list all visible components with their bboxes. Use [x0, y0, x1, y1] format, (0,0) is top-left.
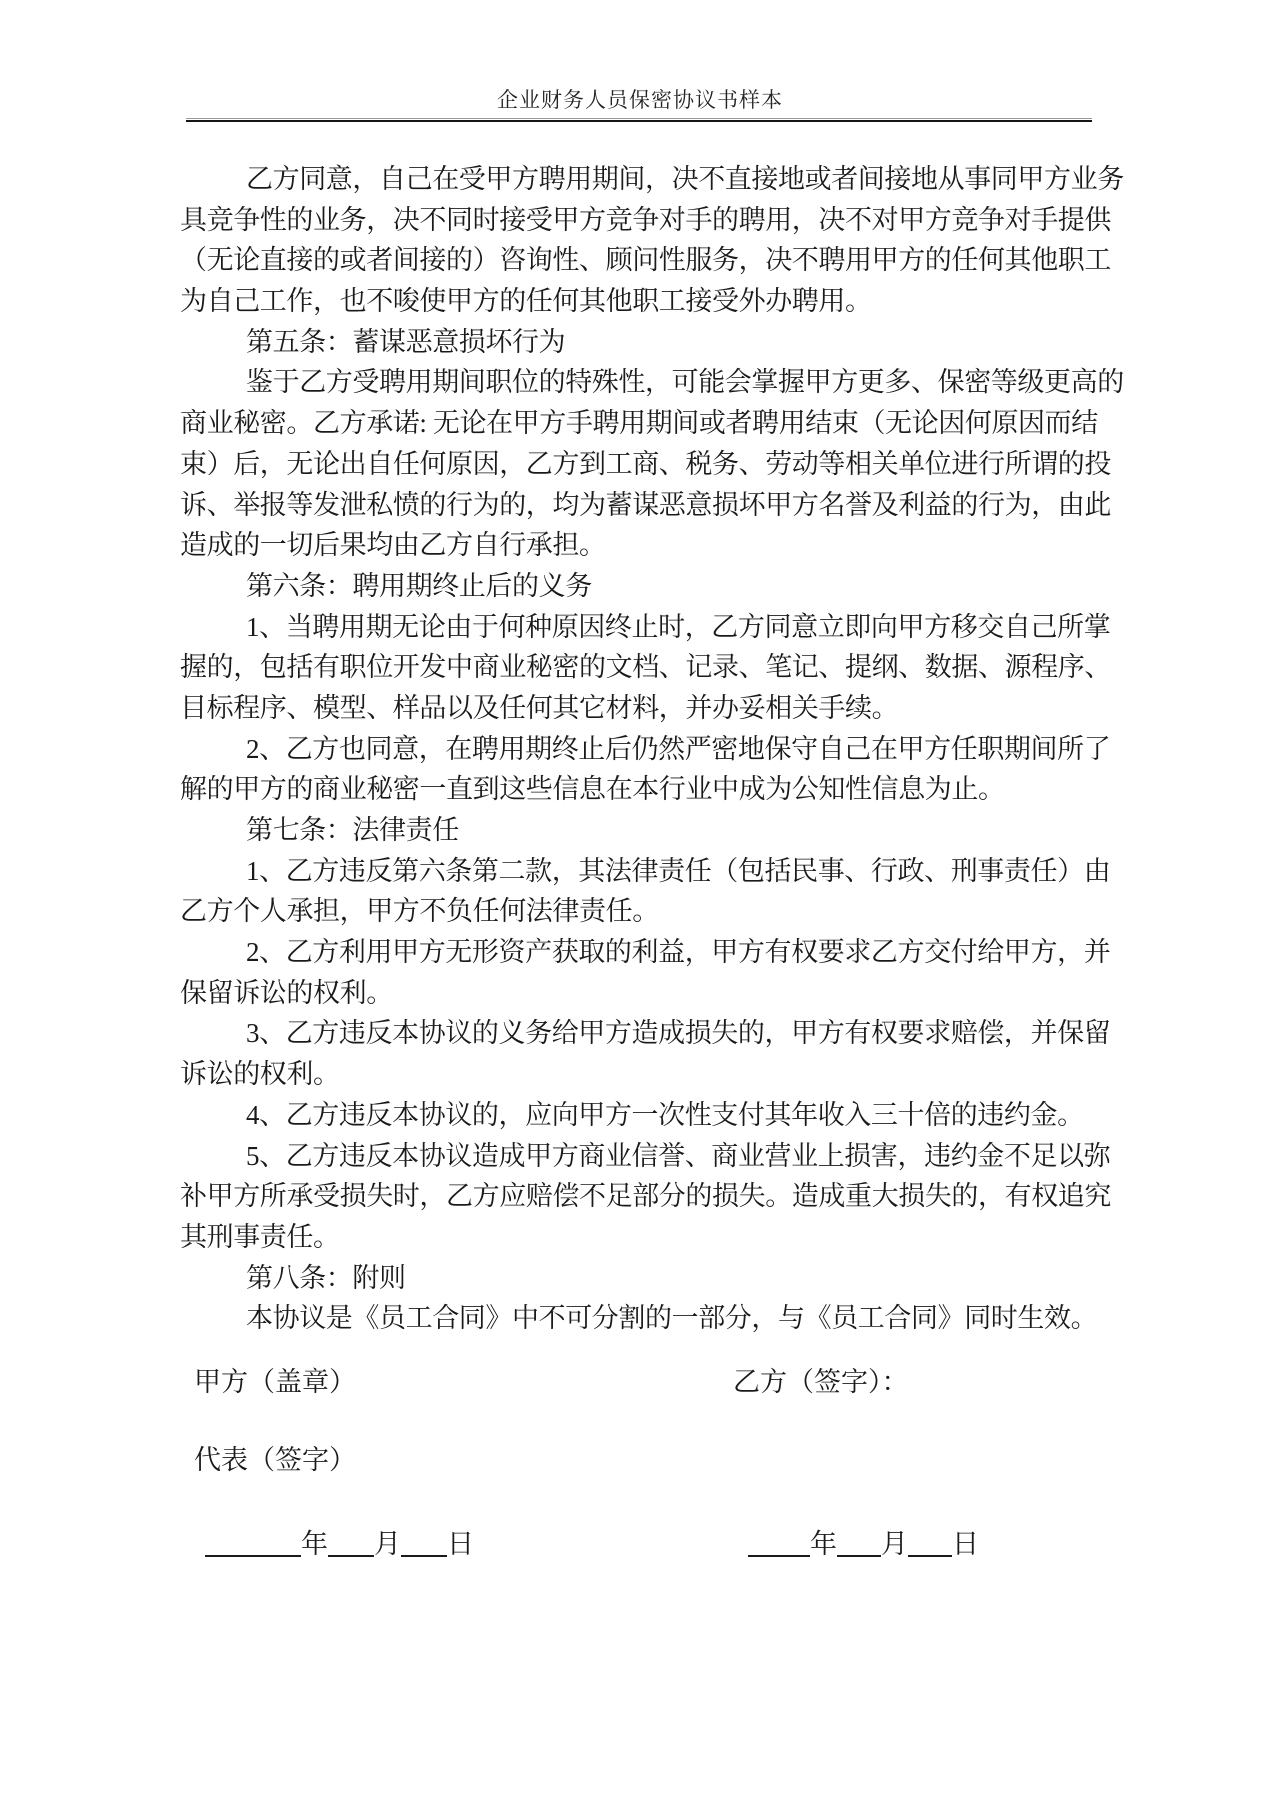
document-line: 1、当聘用期无论由于何种原因终止时，乙方同意立即向甲方移交自己所掌 — [180, 607, 1100, 648]
date-blank-line — [205, 1531, 301, 1557]
date-blank-line — [837, 1531, 881, 1557]
document-line: 2、乙方利用甲方无形资产获取的利益，甲方有权要求乙方交付给甲方，并 — [180, 932, 1100, 973]
document-line: 乙方个人承担，甲方不负任何法律责任。 — [180, 891, 1100, 932]
date-unit-month: 月 — [374, 1529, 401, 1559]
document-line: 1、乙方违反第六条第二款，其法律责任（包括民事、行政、刑事责任）由 — [180, 851, 1100, 892]
document-line: 3、乙方违反本协议的义务给甲方造成损失的，甲方有权要求赔偿，并保留 — [180, 1013, 1100, 1054]
date-blank-line — [748, 1531, 810, 1557]
document-line: 鉴于乙方受聘用期间职位的特殊性，可能会掌握甲方更多、保密等级更高的 — [180, 362, 1100, 403]
document-line: 商业秘密。乙方承诺: 无论在甲方手聘用期间或者聘用结束（无论因何原因而结 — [180, 403, 1100, 444]
document-line: 束）后，无论出自任何原因，乙方到工商、税务、劳动等相关单位进行所谓的投 — [180, 444, 1100, 485]
document-body: 乙方同意，自己在受甲方聘用期间，决不直接地或者间接地从事同甲方业务 具竞争性的业… — [180, 159, 1100, 1339]
date-blank-line — [328, 1531, 374, 1557]
document-line: 为自己工作，也不唆使甲方的任何其他职工接受外办聘用。 — [180, 281, 1100, 322]
party-a-seal-label: 甲方（盖章） — [194, 1365, 356, 1399]
document-line: 5、乙方违反本协议造成甲方商业信誉、商业营业上损害，违约金不足以弥 — [180, 1136, 1100, 1177]
header-divider-rule — [186, 118, 1092, 122]
party-b-sign-label: 乙方（签字）： — [733, 1365, 909, 1399]
date-unit-day: 日 — [952, 1529, 979, 1559]
date-unit-year: 年 — [810, 1529, 837, 1559]
document-line: 4、乙方违反本协议的，应向甲方一次性支付其年收入三十倍的违约金。 — [180, 1095, 1100, 1136]
document-line: 本协议是《员工合同》中不可分割的一部分，与《员工合同》同时生效。 — [180, 1298, 1100, 1339]
document-line: 2、乙方也同意，在聘用期终止后仍然严密地保守自己在甲方任职期间所了 — [180, 729, 1100, 770]
document-line: 诉、举报等发泄私愤的行为的，均为蓄谋恶意损坏甲方名誉及利益的行为，由此 — [180, 485, 1100, 526]
document-line: 其刑事责任。 — [180, 1217, 1100, 1258]
date-line-right: 年月日 — [748, 1527, 979, 1561]
page-title: 企业财务人员保密协议书样本 — [0, 84, 1280, 114]
date-line-left: 年月日 — [205, 1527, 474, 1561]
document-line: 保留诉讼的权利。 — [180, 973, 1100, 1014]
document-clause-heading: 第八条：附则 — [180, 1258, 1100, 1299]
document-line: 诉讼的权利。 — [180, 1054, 1100, 1095]
document-clause-heading: 第六条：聘用期终止后的义务 — [180, 566, 1100, 607]
date-unit-year: 年 — [301, 1529, 328, 1559]
document-line: 乙方同意，自己在受甲方聘用期间，决不直接地或者间接地从事同甲方业务 — [180, 159, 1100, 200]
date-blank-line — [401, 1531, 447, 1557]
representative-sign-label: 代表（签字） — [194, 1443, 356, 1477]
contract-document-page: 企业财务人员保密协议书样本 乙方同意，自己在受甲方聘用期间，决不直接地或者间接地… — [0, 0, 1280, 1810]
document-line: 造成的一切后果均由乙方自行承担。 — [180, 525, 1100, 566]
document-line: 解的甲方的商业秘密一直到这些信息在本行业中成为公知性信息为止。 — [180, 769, 1100, 810]
date-unit-month: 月 — [881, 1529, 908, 1559]
date-unit-day: 日 — [447, 1529, 474, 1559]
document-line: 具竞争性的业务，决不同时接受甲方竞争对手的聘用，决不对甲方竞争对手提供 — [180, 200, 1100, 241]
document-clause-heading: 第五条：蓄谋恶意损坏行为 — [180, 322, 1100, 363]
document-line: 目标程序、模型、样品以及任何其它材料，并办妥相关手续。 — [180, 688, 1100, 729]
date-blank-line — [908, 1531, 952, 1557]
document-line: 握的，包括有职位开发中商业秘密的文档、记录、笔记、提纲、数据、源程序、 — [180, 647, 1100, 688]
document-clause-heading: 第七条：法律责任 — [180, 810, 1100, 851]
document-line: （无论直接的或者间接的）咨询性、顾问性服务，决不聘用甲方的任何其他职工 — [180, 240, 1100, 281]
document-line: 补甲方所承受损失时，乙方应赔偿不足部分的损失。造成重大损失的，有权追究 — [180, 1176, 1100, 1217]
